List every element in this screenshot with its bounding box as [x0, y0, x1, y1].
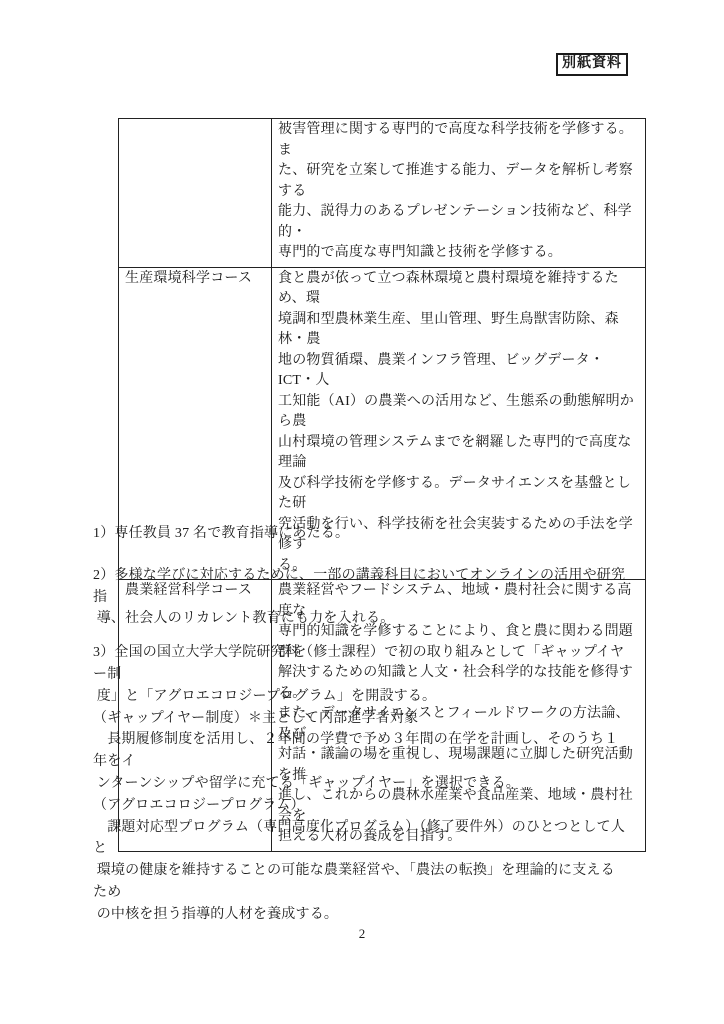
table-row: 被害管理に関する専門的で高度な科学技術を学修する。ま た、研究を立案して推進する… [119, 119, 646, 268]
attachment-label-box: 別紙資料 [556, 53, 628, 76]
note-item-1: 1）専任教員 37 名で教育指導にあたる。 [93, 523, 629, 545]
page-number: 2 [0, 926, 724, 942]
course-name-cell [119, 119, 272, 268]
course-description-cell: 被害管理に関する専門的で高度な科学技術を学修する。ま た、研究を立案して推進する… [272, 119, 646, 268]
note-item-2: 2）多様な学びに対応するために、一部の講義科目においてオンラインの活用や研究指 … [93, 565, 629, 630]
notes-section: 1）専任教員 37 名で教育指導にあたる。 2）多様な学びに対応するために、一部… [93, 523, 629, 926]
document-page: 別紙資料 被害管理に関する専門的で高度な科学技術を学修する。ま た、研究を立案し… [0, 0, 724, 1024]
note-item-3: 3）全国の国立大学大学院研究科（修士課程）で初の取り組みとして「ギャップイヤー制… [93, 642, 629, 925]
